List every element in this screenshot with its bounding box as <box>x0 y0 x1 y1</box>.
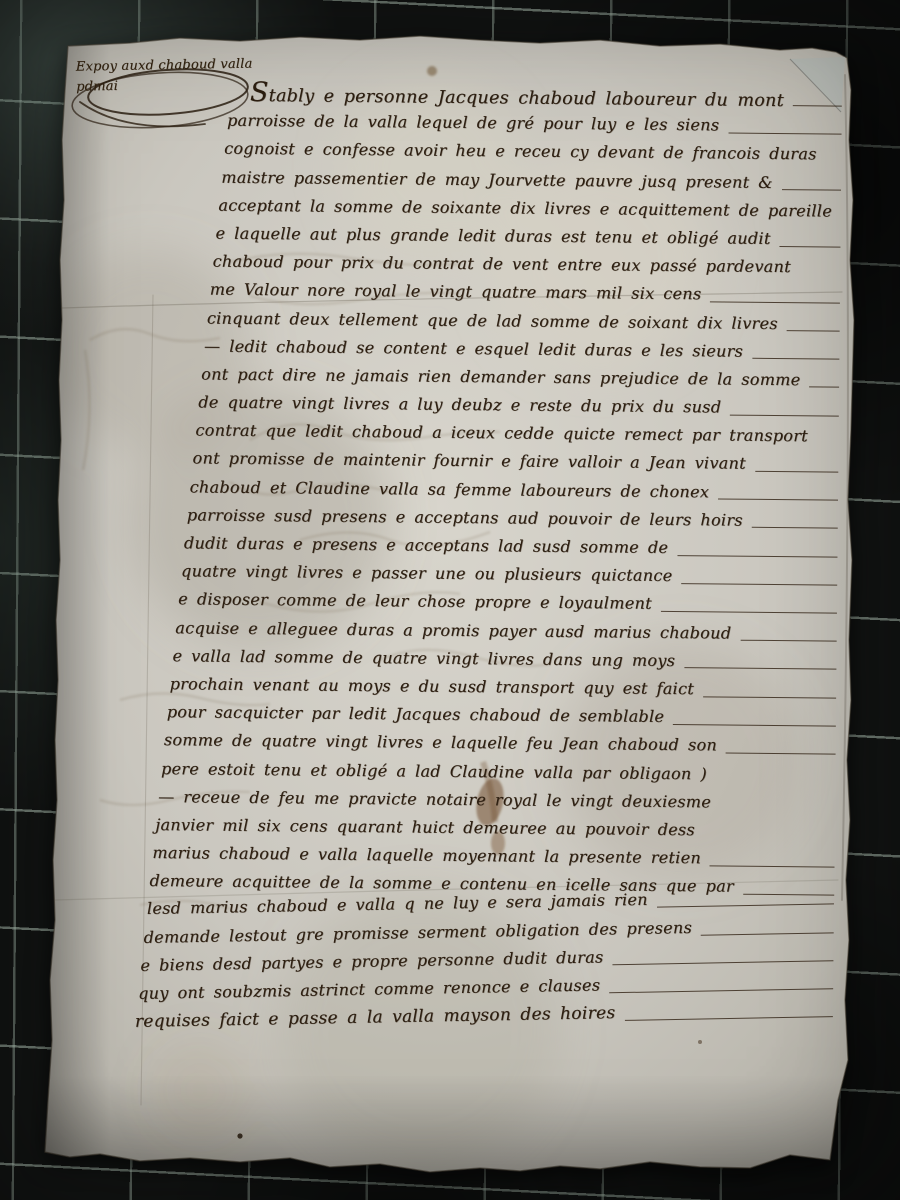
line-filler-stroke <box>752 527 838 529</box>
manuscript-photo: Expoy auxd chaboud valla pdmai Stably e … <box>0 0 900 1200</box>
manuscript-line-text: janvier mil six cens quarant huict demeu… <box>155 815 695 839</box>
manuscript-line-text: quatre vingt livres e passer une ou plus… <box>181 562 672 586</box>
manuscript-line-text: prochain venant au moys e du susd transp… <box>170 674 695 698</box>
line-filler-stroke <box>718 499 838 501</box>
line-filler-stroke <box>710 865 835 867</box>
manuscript-line-text: chaboud et Claudine valla sa femme labou… <box>190 477 710 501</box>
manuscript-line-text: dudit duras e presens e acceptans lad su… <box>184 533 668 557</box>
line-filler-stroke <box>740 640 836 642</box>
manuscript-text: Stably e personne Jacques chaboud labour… <box>141 82 846 1047</box>
line-filler-stroke <box>793 105 842 106</box>
line-filler-stroke <box>684 667 836 669</box>
manuscript-line-text: — receue de feu me pravicte notaire roya… <box>158 787 711 811</box>
margin-note-line1: Expoy auxd chaboud valla <box>76 54 266 77</box>
line-filler-stroke <box>656 903 833 907</box>
manuscript-line-text: cinquant deux tellement que de lad somme… <box>207 308 778 332</box>
line-filler-stroke <box>752 358 839 360</box>
line-filler-stroke <box>809 387 839 388</box>
line-filler-stroke <box>703 696 836 698</box>
line-filler-stroke <box>726 752 836 754</box>
line-filler-stroke <box>787 330 840 332</box>
manuscript-line-text: pere estoit tenu et obligé a lad Claudin… <box>161 759 707 783</box>
line-filler-stroke <box>710 301 840 303</box>
manuscript-line-text: — ledit chaboud se content e esquel ledi… <box>204 336 743 360</box>
manuscript-line-text: marius chaboud e valla laquelle moyennan… <box>152 843 701 867</box>
line-filler-stroke <box>673 724 836 727</box>
manuscript-line-text: e laquelle aut plus grande ledit duras e… <box>215 224 770 248</box>
manuscript-line-text: pour sacquicter par ledit Jacques chabou… <box>167 702 665 726</box>
manuscript-line-text: parroisse de la valla lequel de gré pour… <box>227 111 720 135</box>
line-filler-stroke <box>609 988 833 993</box>
line-filler-stroke <box>755 471 838 473</box>
line-filler-stroke <box>728 132 841 134</box>
manuscript-line-text: de quatre vingt livres a luy deubz e res… <box>198 393 721 417</box>
line-filler-stroke <box>613 960 833 965</box>
manuscript-line-text: maistre passementier de may Jourvette pa… <box>221 167 773 191</box>
manuscript-line-text: me Valour nore royal le vingt quatre mar… <box>210 280 702 304</box>
manuscript-line-text: acquise e alleguee duras a promis payer … <box>175 618 731 642</box>
line-filler-stroke <box>677 555 837 558</box>
line-filler-stroke <box>625 1016 833 1021</box>
line-filler-stroke <box>681 583 837 585</box>
manuscript-line-text: ont promisse de maintenir fournir e fair… <box>192 449 746 473</box>
manuscript-line-text: Stably e personne Jacques chaboud labour… <box>250 83 784 111</box>
line-filler-stroke <box>661 611 837 614</box>
manuscript-line-text: e valla lad somme de quatre vingt livres… <box>172 646 675 670</box>
line-filler-stroke <box>701 932 834 935</box>
manuscript-line-text: parroisse susd presens e acceptans aud p… <box>187 505 743 529</box>
line-filler-stroke <box>730 414 839 416</box>
line-filler-stroke <box>782 189 841 191</box>
manuscript-line-text: e disposer comme de leur chose propre e … <box>178 590 652 614</box>
line-filler-stroke <box>780 246 841 248</box>
manuscript-line-text: somme de quatre vingt livres e laquelle … <box>164 730 717 754</box>
